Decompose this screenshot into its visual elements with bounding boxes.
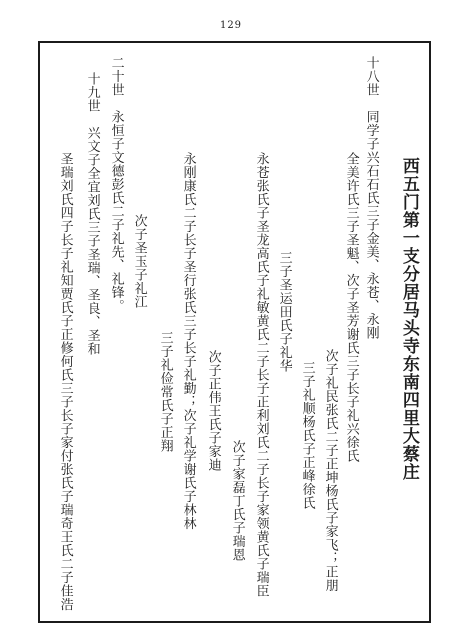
genealogy-column-2: 全美许氏三子圣魁、次子圣芳谢氏三子长子礼兴徐氏 xyxy=(344,152,358,463)
section-title: 西五门第一支分居马头寺东南四里大蔡庄 xyxy=(399,157,417,481)
page-number: 129 xyxy=(0,20,462,31)
genealogy-column-9: 永刚康氏二子长子圣行张氏三子长子礼勤；次子礼学谢氏子林林 xyxy=(181,152,195,530)
genealogy-column-13: 十九世 兴文子全宜刘氏三子圣瑞、圣良、圣和 xyxy=(85,72,99,356)
genealogy-column-6: 永苍张氏子圣龙高氏子礼敏黄氏二子长子正利刘氏二子长子家领黄氏子瑞臣 xyxy=(254,152,268,598)
genealogy-column-11: 次子圣玉子礼江 xyxy=(132,214,146,309)
genealogy-column-14: 圣瑞刘氏四子长子礼知贾氏子正修何氏三子长子家付张氏子瑞奇王氏二子佳浩 xyxy=(58,152,72,611)
genealogy-column-1: 十八世 同学子兴石石氏三子金美、永苍、永刚 xyxy=(364,56,378,340)
genealogy-page: 129 西五门第一支分居马头寺东南四里大蔡庄 十八世 同学子兴石石氏三子金美、永… xyxy=(0,0,462,643)
genealogy-column-7: 次子家磊丁氏子瑞恩 xyxy=(230,440,244,562)
genealogy-column-5: 三子圣运田氏子礼华 xyxy=(277,251,291,373)
genealogy-column-3: 次子礼民张氏二子正坤杨氏子家飞；正朋 xyxy=(323,349,337,592)
genealogy-column-10: 三子礼俭常氏子正翔 xyxy=(158,331,172,453)
genealogy-column-12: 二十世 永恒子文德彭氏二子礼先、礼锋。 xyxy=(109,56,123,313)
genealogy-column-8: 次子正伟王氏子家迪 xyxy=(206,350,220,472)
genealogy-column-4: 三子礼顺杨氏子正峰徐氏 xyxy=(300,361,314,510)
